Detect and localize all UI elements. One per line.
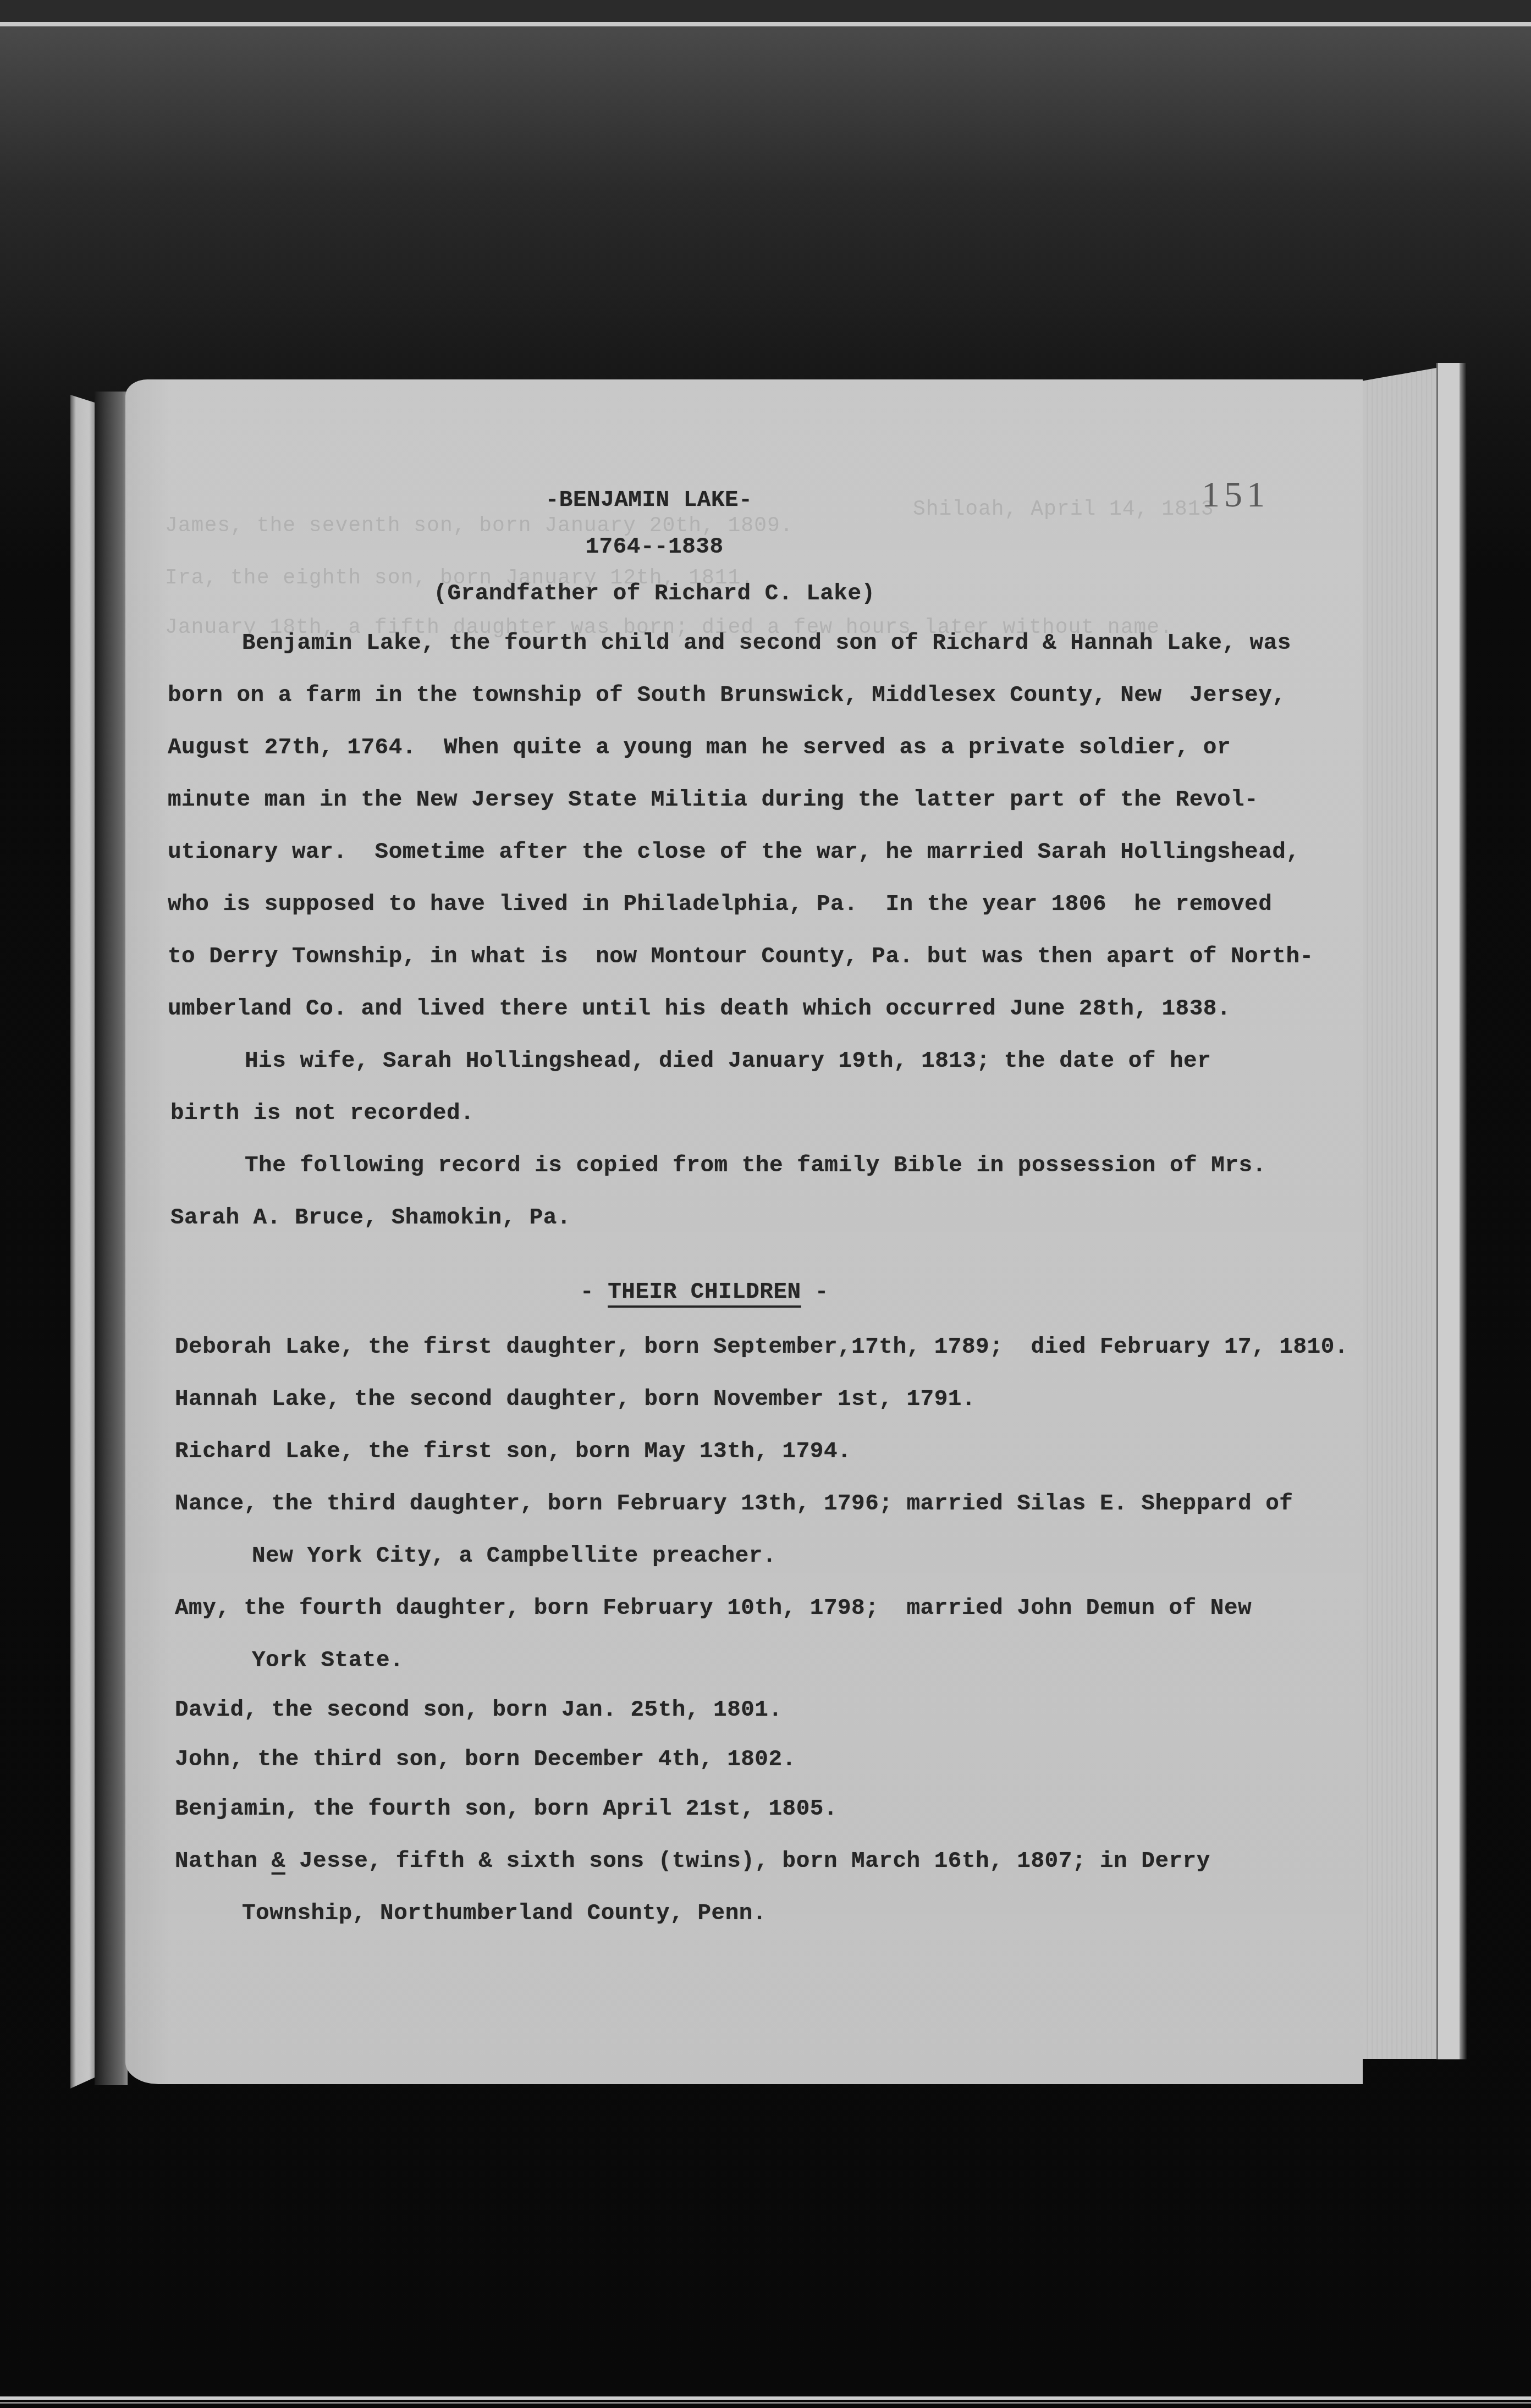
page-number: 151 bbox=[1202, 474, 1269, 516]
child-entry-continuation: Township, Northumberland County, Penn. bbox=[242, 1903, 767, 1925]
children-section-title: - THEIR CHILDREN - bbox=[580, 1281, 829, 1304]
bio-line: The following record is copied from the … bbox=[245, 1155, 1266, 1177]
bio-line: who is supposed to have lived in Philade… bbox=[168, 894, 1272, 916]
entry-text: Jesse, fifth & sixth sons (twins), born … bbox=[285, 1849, 1210, 1874]
film-top-rule bbox=[0, 22, 1531, 26]
person-name-heading: -BENJAMIN LAKE- bbox=[374, 489, 924, 512]
film-top-band bbox=[0, 0, 1531, 22]
bio-line: birth is not recorded. bbox=[170, 1103, 474, 1125]
child-entry-continuation: York State. bbox=[252, 1650, 404, 1672]
film-bottom-rule-secondary bbox=[0, 2402, 1531, 2404]
child-entry: David, the second son, born Jan. 25th, 1… bbox=[175, 1699, 783, 1722]
child-entry: John, the third son, born December 4th, … bbox=[175, 1749, 796, 1771]
left-page-edge bbox=[70, 395, 95, 2089]
child-entry: Richard Lake, the first son, born May 13… bbox=[175, 1441, 851, 1463]
bio-line: His wife, Sarah Hollingshead, died Janua… bbox=[245, 1050, 1211, 1073]
life-dates: 1764--1838 bbox=[379, 536, 929, 559]
page-edge-shadow bbox=[1460, 363, 1467, 2059]
bio-line: to Derry Township, in what is now Montou… bbox=[168, 946, 1314, 968]
child-entry: Nance, the third daughter, born February… bbox=[175, 1493, 1293, 1516]
bio-line: umberland Co. and lived there until his … bbox=[168, 998, 1231, 1021]
bio-line: minute man in the New Jersey State Milit… bbox=[168, 789, 1258, 812]
bio-line: utionary war. Sometime after the close o… bbox=[168, 841, 1300, 864]
child-entry: Hannah Lake, the second daughter, born N… bbox=[175, 1388, 976, 1411]
bio-line: Benjamin Lake, the fourth child and seco… bbox=[242, 632, 1291, 655]
bleed-through-line: Shiloah, April 14, 1813 bbox=[913, 498, 1214, 521]
bio-line: born on a farm in the township of South … bbox=[168, 685, 1286, 707]
child-entry: Deborah Lake, the first daughter, born S… bbox=[175, 1336, 1348, 1359]
film-bottom-rule bbox=[0, 2396, 1531, 2400]
child-entry: Nathan & Jesse, fifth & sixth sons (twin… bbox=[175, 1850, 1210, 1873]
outer-page-edge bbox=[1436, 363, 1461, 2059]
child-entry-continuation: New York City, a Campbellite preacher. bbox=[252, 1545, 776, 1568]
bio-line: August 27th, 1764. When quite a young ma… bbox=[168, 737, 1231, 759]
title-dash: - bbox=[580, 1280, 608, 1305]
underlined-ampersand: & bbox=[272, 1849, 285, 1874]
entry-text: Nathan bbox=[175, 1849, 272, 1874]
title-text: THEIR CHILDREN bbox=[608, 1280, 801, 1305]
title-dash: - bbox=[801, 1280, 829, 1305]
child-entry: Amy, the fourth daughter, born February … bbox=[175, 1597, 1252, 1620]
child-entry: Benjamin, the fourth son, born April 21s… bbox=[175, 1798, 838, 1821]
book-gutter bbox=[95, 392, 128, 2085]
bio-line: Sarah A. Bruce, Shamokin, Pa. bbox=[170, 1207, 571, 1230]
relation-subheading: (Grandfather of Richard C. Lake) bbox=[379, 583, 929, 605]
